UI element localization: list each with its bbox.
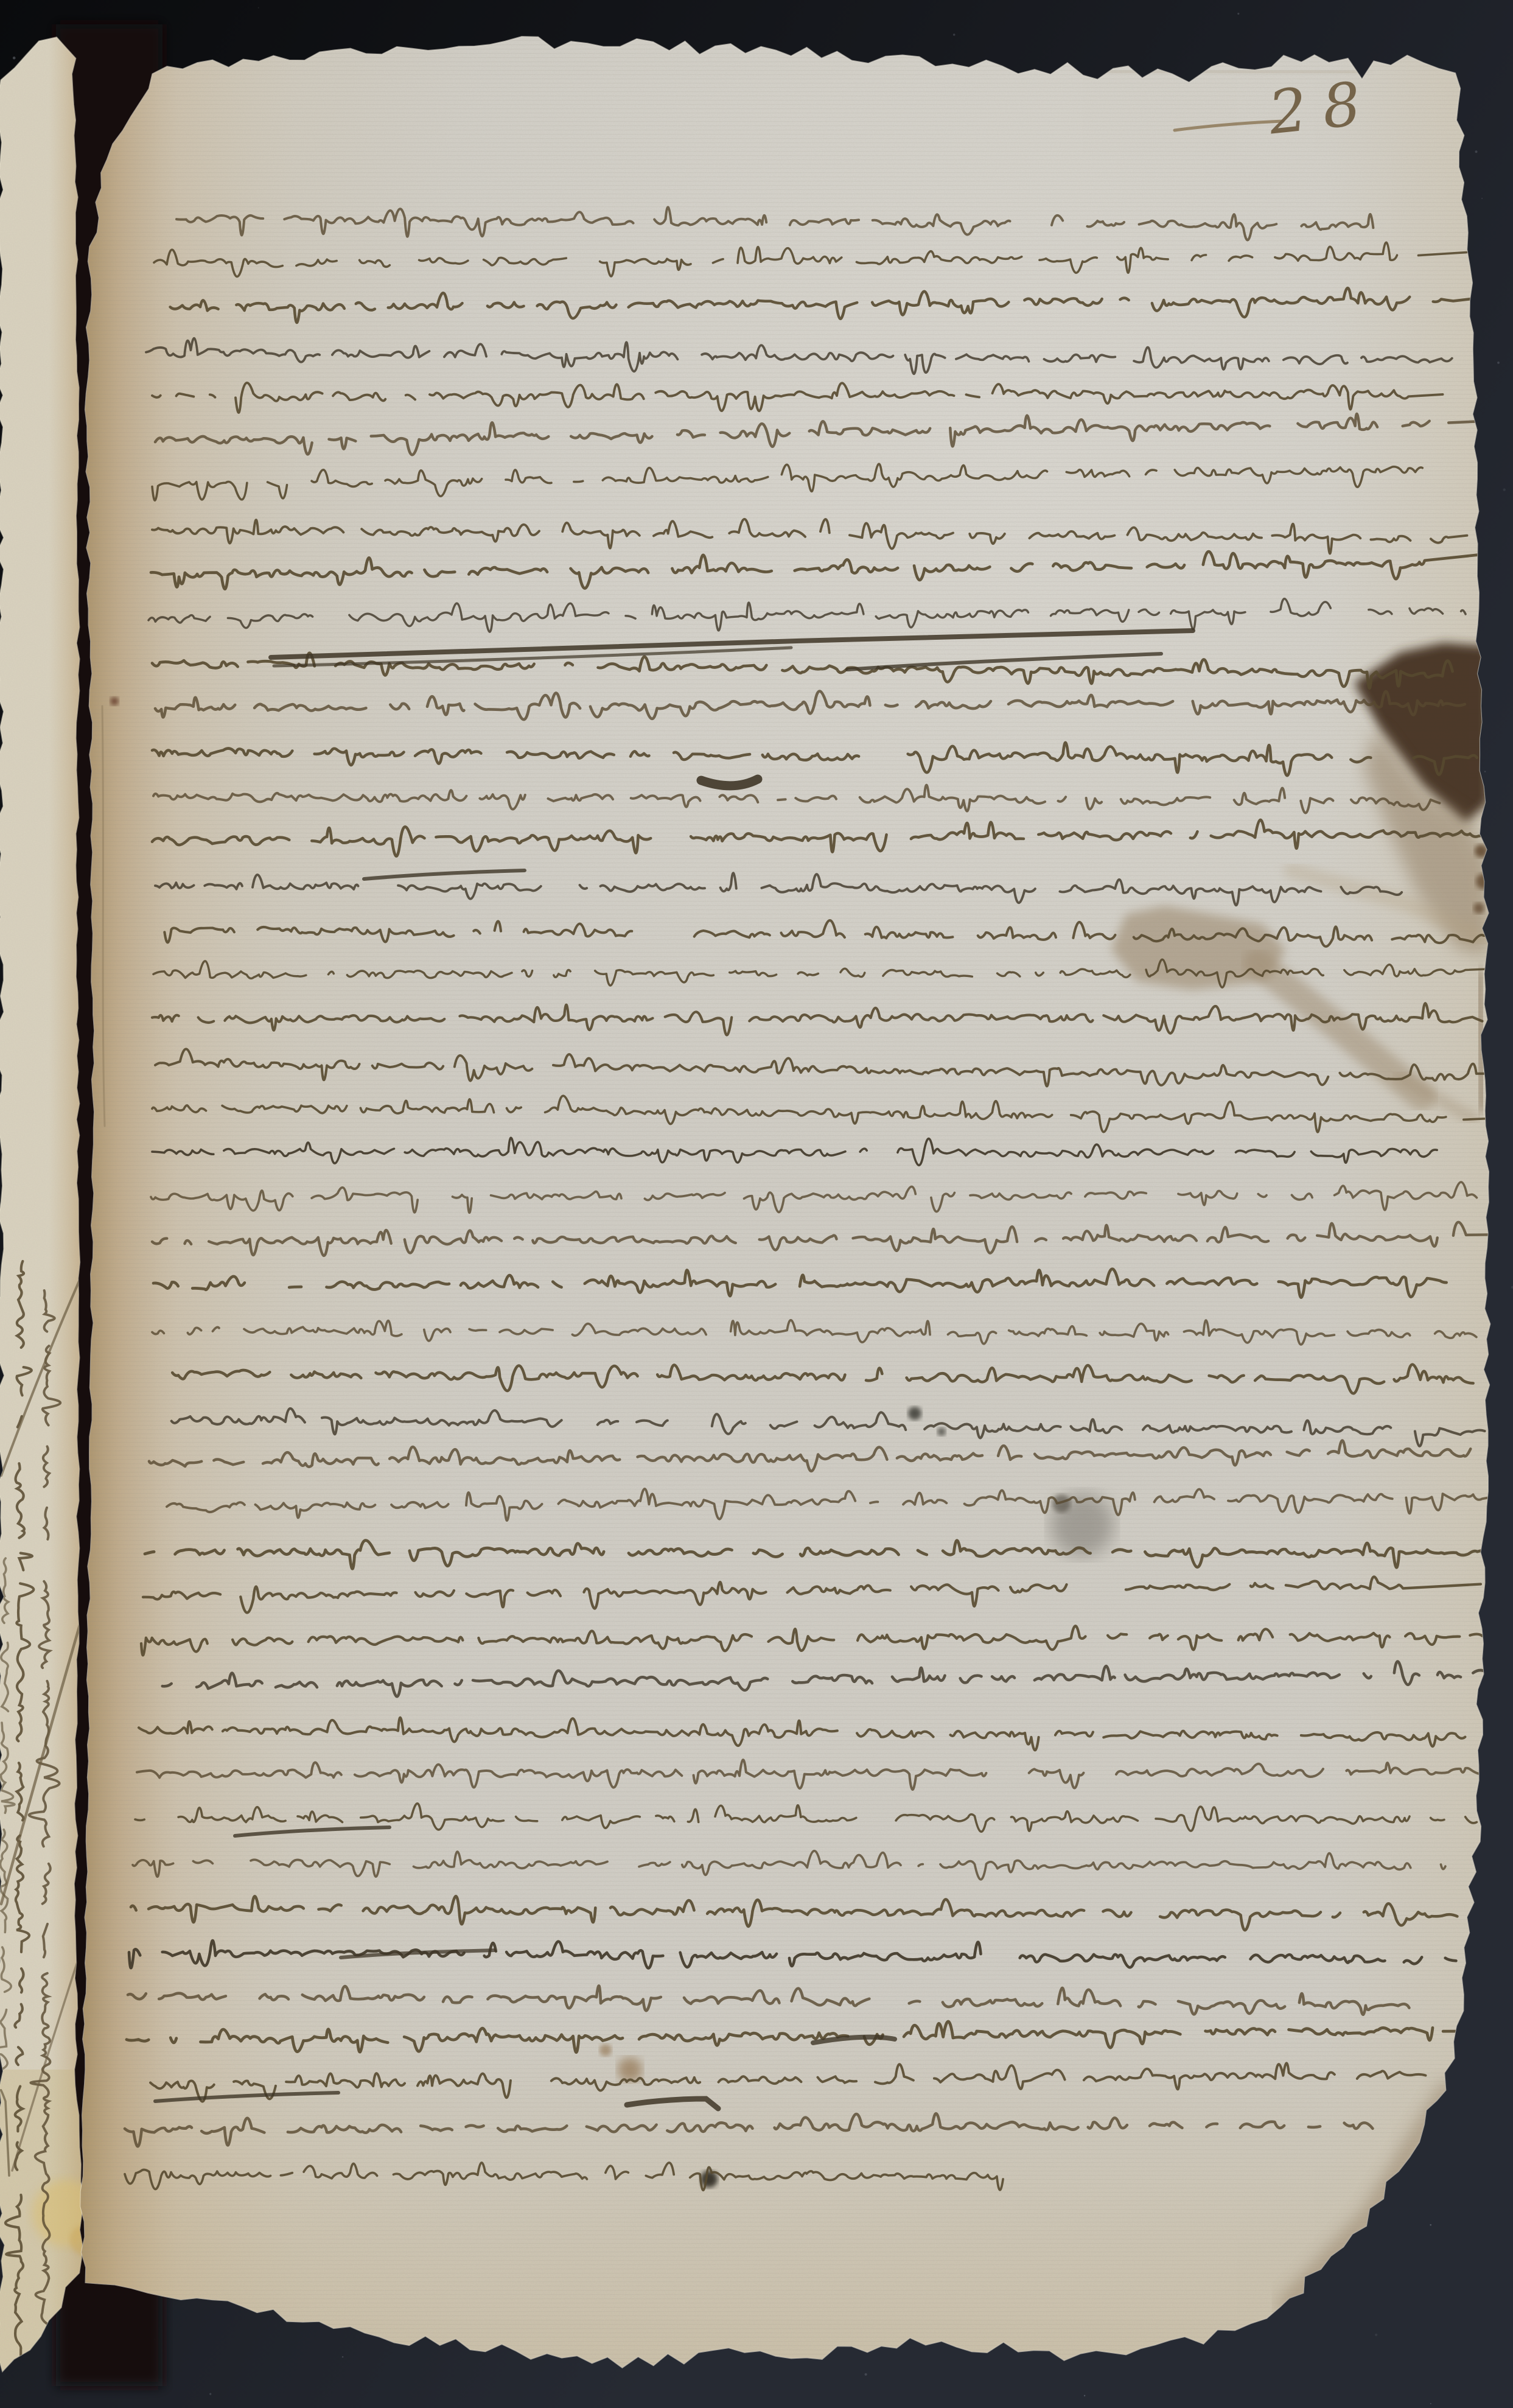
dust-speck [342, 2356, 344, 2358]
dust-speck [1237, 13, 1239, 15]
stain [1052, 1494, 1071, 1513]
dust-speck [1430, 2224, 1431, 2226]
dust-speck [13, 57, 16, 60]
stain [110, 697, 119, 705]
main-page: 28 [0, 0, 1513, 2408]
dust-speck [1375, 2334, 1377, 2336]
dust-speck [1503, 488, 1506, 491]
stain [599, 2044, 612, 2056]
stain [1083, 71, 1363, 73]
dust-speck [1475, 150, 1478, 153]
manuscript-photo: 28 [0, 0, 1513, 2408]
stain [1473, 903, 1484, 914]
dust-speck [1481, 198, 1483, 199]
dust-speck [1084, 2395, 1085, 2396]
paper-grain [0, 0, 1513, 2408]
dust-speck [258, 7, 259, 9]
folio-number: 28 [1265, 68, 1380, 149]
dust-speck [865, 2373, 867, 2376]
dust-speck [1484, 771, 1486, 772]
dust-speck [953, 33, 956, 36]
dust-speck [1430, 2403, 1431, 2404]
dust-speck [209, 2393, 211, 2395]
dust-speck [1497, 362, 1500, 364]
stain [908, 1407, 921, 1420]
manuscript-scene: 28 [0, 0, 1513, 2408]
stain [937, 1427, 946, 1436]
